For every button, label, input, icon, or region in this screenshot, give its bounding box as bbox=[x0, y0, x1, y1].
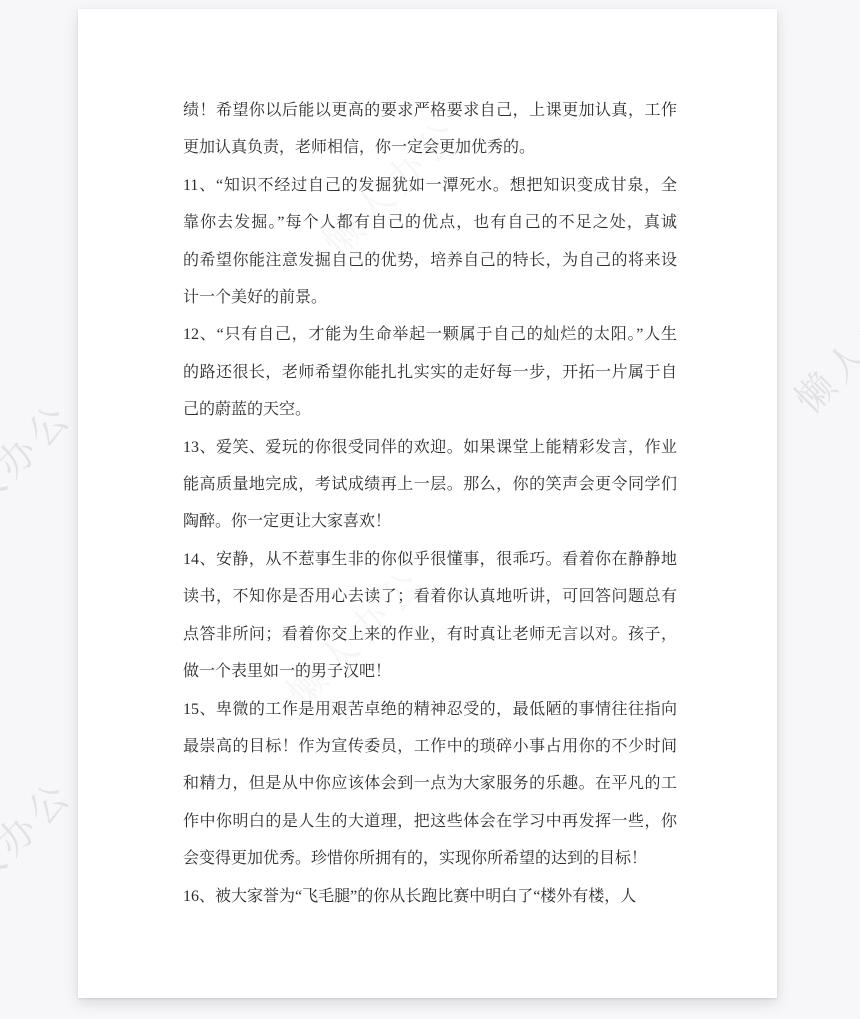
text-line: 绩！希望你以后能以更高的要求严格要求自己，上课更加认真，工作 bbox=[183, 92, 677, 129]
paragraph: 12、“只有自己，才能为生命举起一颗属于自己的灿烂的太阳。”人生的路还很长，老师… bbox=[183, 316, 677, 428]
paragraph: 16、被大家誉为“飞毛腿”的你从长跑比赛中明白了“楼外有楼，人 bbox=[183, 878, 677, 915]
text-line: 12、“只有自己，才能为生命举起一颗属于自己的灿烂的太阳。”人生 bbox=[183, 316, 677, 353]
text-line: 点答非所问；看着你交上来的作业，有时真让老师无言以对。孩子， bbox=[183, 616, 677, 653]
document-text: 绩！希望你以后能以更高的要求严格要求自己，上课更加认真，工作更加认真负责，老师相… bbox=[183, 92, 677, 915]
watermark-text: 懒人办公 bbox=[789, 268, 860, 421]
text-line: 13、爱笑、爱玩的你很受同伴的欢迎。如果课堂上能精彩发言，作业 bbox=[183, 429, 677, 466]
text-line: 11、“知识不经过自己的发掘犹如一潭死水。想把知识变成甘泉，全 bbox=[183, 167, 677, 204]
text-line: 和精力，但是从中你应该体会到一点为大家服务的乐趣。在平凡的工 bbox=[183, 765, 677, 802]
text-line: 读书，不知你是否用心去读了；看着你认真地听讲，可回答问题总有 bbox=[183, 578, 677, 615]
watermark-text: 懒人办公 bbox=[0, 395, 81, 548]
document-page: 绩！希望你以后能以更高的要求严格要求自己，上课更加认真，工作更加认真负责，老师相… bbox=[78, 9, 777, 998]
text-line: 计一个美好的前景。 bbox=[183, 279, 677, 316]
paragraph: 13、爱笑、爱玩的你很受同伴的欢迎。如果课堂上能精彩发言，作业能高质量地完成，考… bbox=[183, 429, 677, 541]
text-line: 己的蔚蓝的天空。 bbox=[183, 391, 677, 428]
text-line: 陶醉。你一定更让大家喜欢！ bbox=[183, 503, 677, 540]
document-viewer: 绩！希望你以后能以更高的要求严格要求自己，上课更加认真，工作更加认真负责，老师相… bbox=[0, 0, 860, 1019]
paragraph: 14、安静，从不惹事生非的你似乎很懂事，很乖巧。看着你在静静地读书，不知你是否用… bbox=[183, 541, 677, 691]
text-line: 作中你明白的是人生的大道理，把这些体会在学习中再发挥一些，你 bbox=[183, 803, 677, 840]
text-line: 会变得更加优秀。珍惜你所拥有的，实现你所希望的达到的目标！ bbox=[183, 840, 677, 877]
text-line: 能高质量地完成，考试成绩再上一层。那么，你的笑声会更令同学们 bbox=[183, 466, 677, 503]
text-line: 14、安静，从不惹事生非的你似乎很懂事，很乖巧。看着你在静静地 bbox=[183, 541, 677, 578]
text-line: 最崇高的目标！作为宣传委员，工作中的琐碎小事占用你的不少时间 bbox=[183, 728, 677, 765]
text-line: 15、卑微的工作是用艰苦卓绝的精神忍受的，最低陋的事情往往指向 bbox=[183, 691, 677, 728]
text-line: 的希望你能注意发掘自己的优势，培养自己的特长，为自己的将来设 bbox=[183, 242, 677, 279]
text-line: 靠你去发掘。”每个人都有自己的优点，也有自己的不足之处，真诚 bbox=[183, 204, 677, 241]
paragraph: 15、卑微的工作是用艰苦卓绝的精神忍受的，最低陋的事情往往指向最崇高的目标！作为… bbox=[183, 691, 677, 878]
watermark-text: 懒人办公 bbox=[0, 773, 81, 926]
paragraph: 绩！希望你以后能以更高的要求严格要求自己，上课更加认真，工作更加认真负责，老师相… bbox=[183, 92, 677, 167]
text-line: 更加认真负责，老师相信，你一定会更加优秀的。 bbox=[183, 129, 677, 166]
text-line: 16、被大家誉为“飞毛腿”的你从长跑比赛中明白了“楼外有楼，人 bbox=[183, 878, 677, 915]
paragraph: 11、“知识不经过自己的发掘犹如一潭死水。想把知识变成甘泉，全靠你去发掘。”每个… bbox=[183, 167, 677, 317]
text-line: 做一个表里如一的男子汉吧！ bbox=[183, 653, 677, 690]
text-line: 的路还很长，老师希望你能扎扎实实的走好每一步，开拓一片属于自 bbox=[183, 354, 677, 391]
